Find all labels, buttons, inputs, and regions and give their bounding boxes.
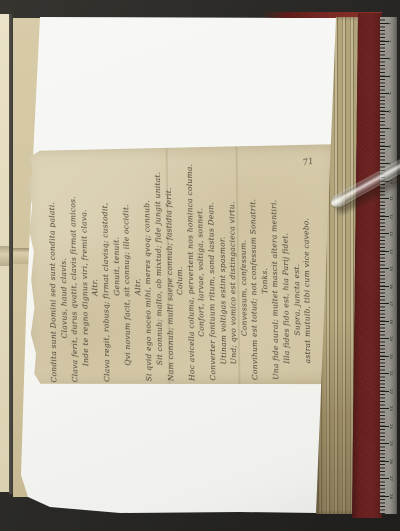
ruler-number: 18 — [389, 319, 394, 324]
ruler-major-tick: 4 — [380, 76, 389, 77]
manuscript-text: Condita sunt Domini sed sunt condita pal… — [47, 149, 316, 382]
ruler-major-tick: 8 — [380, 146, 389, 147]
ruler-major-tick: 13 — [380, 233, 389, 234]
ruler-number: 2 — [388, 40, 393, 42]
ruler-number: 15 — [389, 266, 394, 271]
folio-number: 71 — [302, 157, 314, 169]
ruler-major-tick: 28 — [380, 496, 389, 497]
ruler-major-tick: 18 — [380, 321, 389, 322]
ruler-major-tick: 15 — [380, 268, 389, 269]
ruler-number: 27 — [389, 476, 394, 481]
ruler-major-tick: 24 — [380, 426, 389, 427]
ruler-number: 4 — [388, 75, 393, 77]
ruler-major-tick: 26 — [380, 461, 389, 462]
ruler-number: 22 — [389, 389, 394, 394]
ruler-number: 25 — [389, 441, 394, 446]
ruler-major-tick: 2 — [380, 41, 389, 42]
ruler-number: 6 — [388, 110, 393, 112]
ruler-number: 28 — [389, 494, 394, 499]
ruler-number: 20 — [389, 354, 394, 359]
ruler-major-tick: 23 — [380, 408, 389, 409]
ruler-number: 26 — [389, 459, 394, 464]
ruler-number: 14 — [389, 249, 394, 254]
ruler-number: 5 — [388, 92, 393, 94]
ruler-major-tick: 12 — [380, 216, 389, 217]
ruler-major-tick: 9 — [380, 163, 389, 164]
ruler-major-tick: 6 — [380, 111, 389, 112]
ruler-number: 12 — [389, 214, 394, 219]
ruler-number: 23 — [389, 406, 394, 411]
digitized-manuscript-photo: Condita sunt Domini sed sunt condita pal… — [0, 0, 400, 531]
ruler-major-tick: 1 — [380, 23, 389, 24]
ruler-number: 19 — [389, 336, 394, 341]
ruler-major-tick: 17 — [380, 303, 389, 304]
ruler-number: 11 — [389, 196, 394, 201]
ruler-number: 21 — [389, 371, 394, 376]
ruler-major-tick: 5 — [380, 93, 389, 94]
ruler-major-tick: 25 — [380, 443, 389, 444]
ruler-ticks: 1234567891011121314151617181920212223242… — [380, 17, 397, 514]
ruler-major-tick: 19 — [380, 338, 389, 339]
ruler-number: 16 — [389, 284, 394, 289]
ruler: 1234567891011121314151617181920212223242… — [380, 17, 397, 514]
ruler-number: 7 — [388, 127, 393, 129]
ruler-major-tick: 22 — [380, 391, 389, 392]
ruler-number: 13 — [389, 231, 394, 236]
ruler-number: 17 — [389, 301, 394, 306]
ruler-number: 1 — [388, 22, 393, 24]
ruler-major-tick: 3 — [380, 58, 389, 59]
ruler-major-tick: 14 — [380, 251, 389, 252]
ruler-major-tick: 27 — [380, 478, 389, 479]
ruler-major-tick: 7 — [380, 128, 389, 129]
manuscript-line: astrat mutuib, tibi cum vice cavebo. — [301, 149, 314, 363]
ruler-number: 8 — [388, 145, 393, 147]
ruler-major-tick: 16 — [380, 286, 389, 287]
flyleaf-fold — [0, 246, 9, 266]
manuscript-page: Condita sunt Domini sed sunt condita pal… — [24, 144, 340, 388]
ruler-number: 3 — [388, 57, 393, 59]
ruler-major-tick: 20 — [380, 356, 389, 357]
pencil-squiggle: ﹏ — [317, 503, 323, 513]
left-flyleaf-edge — [0, 14, 9, 492]
ruler-major-tick: 21 — [380, 373, 389, 374]
ruler-major-tick: 11 — [380, 198, 389, 199]
ruler-number: 24 — [389, 424, 394, 429]
